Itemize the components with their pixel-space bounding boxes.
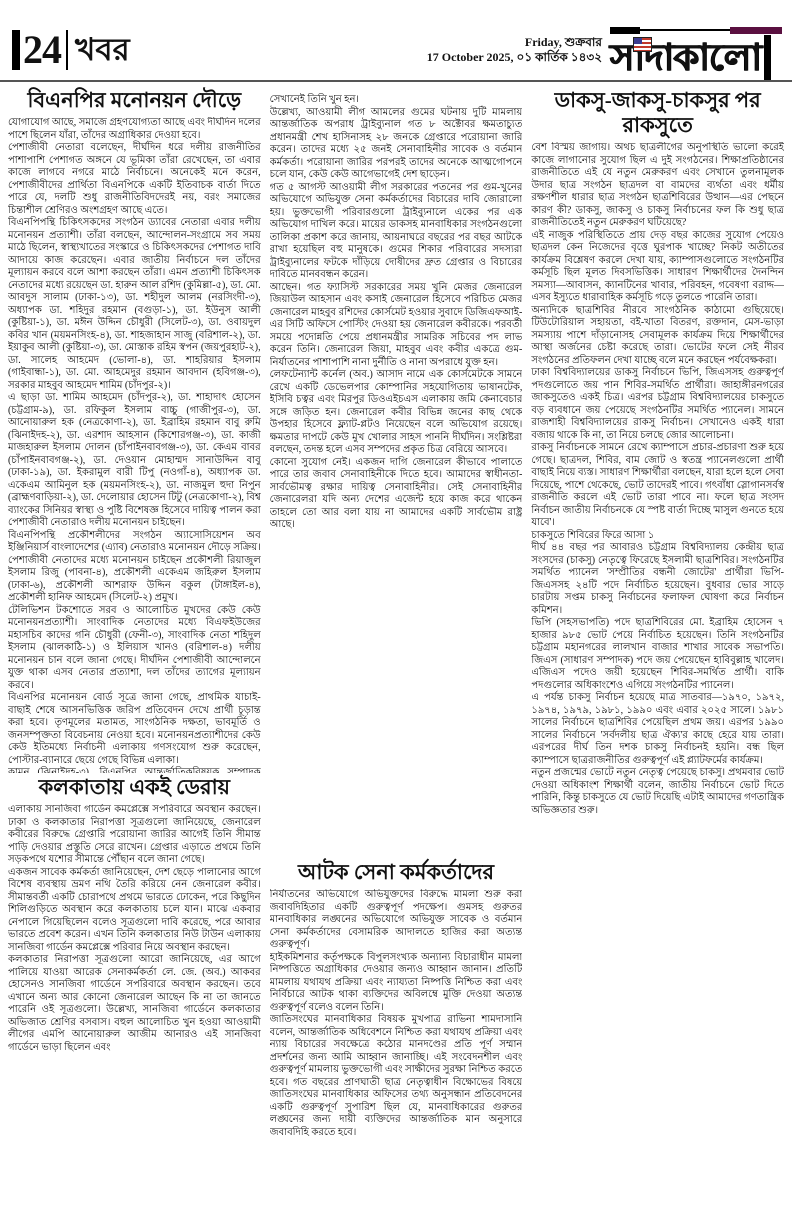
paragraph: এলাকায় সানজিবা গার্ডেন কমপ্লেক্সে সপরিব… [8, 804, 261, 867]
paragraph: বেশ বিস্ময় জাগায়। অথচ ছাত্রলীগের অনুপস… [531, 142, 784, 230]
masthead-left-chip [610, 27, 640, 34]
article-body-middle-continuation: সেখানেই তিনি খুন হন।উল্লেখ্য, আওয়ামী লী… [270, 86, 523, 858]
headline-bnp-nomination: বিএনপির মনোনয়ন দৌড়ে [8, 88, 261, 113]
date-line-1: Friday, শুক্রবার [427, 35, 602, 50]
masthead: সাদাকালো [610, 26, 782, 81]
paragraph: নতুন প্রজন্মের ভোটে নতুন নেতৃত্ব পেয়েছে… [531, 767, 784, 817]
masthead-rule [640, 29, 730, 31]
paragraph: অন্যদিকে ছাত্রশিবির নীরবে সাংগঠনিক কাঠাম… [531, 305, 784, 368]
paragraph: নির্যাতনের অভিযোগে অভিযুক্তদের বিরুদ্ধে … [270, 889, 523, 952]
paragraph: একজন সাবেক কর্মকর্তা জানিয়েছেন, দেশ ছেড… [8, 867, 261, 955]
masthead-title: সাদাকালো [610, 37, 761, 79]
article-body-kolkata-den: এলাকায় সানজিবা গার্ডেন কমপ্লেক্সে সপরিব… [8, 804, 261, 1202]
paragraph: টেলিভিশন টকশোতে সরব ও আলোচিত মুখদের কেউ … [8, 605, 261, 693]
headline-detained-officers: আটক সেনা কর্মকর্তাদের [270, 860, 523, 885]
page-number-block: 24 খবর [12, 28, 130, 72]
paragraph: হাইকমিশনার কর্তৃপক্ষকে বিপুলসংখ্যক অন্যা… [270, 952, 523, 1015]
paragraph: বিএনপিপন্থি চিকিৎসকদের সংগঠন ড্যাবের নেত… [8, 217, 261, 392]
paragraph: পেশাজীবী নেতারা বলেছেন, দীর্ঘদিন ধরে দলী… [8, 142, 261, 217]
paragraph: আছেন। গত ফ্যাসিস্ট সরকারের সময় খুনি মেজ… [270, 282, 523, 370]
masthead-topline [610, 26, 782, 34]
paragraph: কামন (ঝিনাইদহ-৩), বিএনপির আন্তর্জাতিকবিষ… [8, 767, 261, 773]
paragraph: উল্লেখ্য, আওয়ামী লীগ আমলের গুমের ঘটনায়… [270, 107, 523, 182]
column-middle: সেখানেই তিনি খুন হন।উল্লেখ্য, আওয়ামী লী… [270, 86, 523, 1208]
column-right: ডাকসু-জাকসু-চাকসুর পর রাকসুতে বেশ বিস্ময… [531, 86, 784, 1208]
article-columns: বিএনপির মনোনয়ন দৌড়ে যোগাযোগ আছে, সমাজে… [8, 86, 784, 1208]
paragraph: গত ৫ আগস্ট আওয়ামী লীগ সরকারের পতনের পর … [270, 182, 523, 282]
paragraph: জাতিসংঘের মানবাধিকার বিষয়ক মুখপাত্র রাভ… [270, 1014, 523, 1139]
paragraph: এই নাজুক পরিস্থিতিতে প্রায় দেড় বছর কাজ… [531, 230, 784, 305]
paragraph: দীর্ঘ ৪৪ বছর পর আবারও চট্টগ্রাম বিশ্ববিদ… [531, 542, 784, 617]
paragraph: কলকাতার নিরাপত্তা সূত্রগুলো আরো জানিয়েছ… [8, 954, 261, 1054]
paragraph: যোগাযোগ আছে, সমাজে গ্রহণযোগ্যতা আছে এবং … [8, 117, 261, 142]
section-label: খবর [75, 32, 130, 68]
article-body-bnp-nomination: যোগাযোগ আছে, সমাজে গ্রহণযোগ্যতা আছে এবং … [8, 117, 261, 773]
paragraph: সেখানেই তিনি খুন হন। [270, 94, 523, 107]
paragraph: এ পর্যন্ত চাকসু নির্বাচন হয়েছে মাত্র সা… [531, 692, 784, 767]
paragraph: ভিপি (সহসভাপতি) পদে ছাত্রশিবিরের মো. ইব্… [531, 617, 784, 692]
header-divider [0, 80, 792, 82]
newspaper-page: 24 খবর Friday, শুক্রবার 17 October 2025,… [0, 0, 792, 1224]
paragraph: রাকসু নির্বাচনকে সামনে রেখে ক্যাম্পাসে প… [531, 442, 784, 530]
header-right: Friday, শুক্রবার 17 October 2025, ০১ কার… [427, 26, 782, 81]
masthead-wordmark: সাদাকালো [610, 35, 782, 81]
flag-icon [634, 38, 651, 51]
masthead-end-bar [764, 35, 771, 81]
page-number: 24 [20, 30, 65, 70]
paragraph: চাকসুতে শিবিরের ফিরে আসা ১ [531, 530, 784, 543]
paragraph: কোনো সুযোগ নেই। একজন দাগি জেনারেল কীভাবে… [270, 457, 523, 532]
paragraph: এ ছাড়া ডা. শামিম আহমেদ (চাঁদপুর-২), ডা.… [8, 392, 261, 530]
page-header: 24 খবর Friday, শুক্রবার 17 October 2025,… [12, 26, 782, 78]
corner-divider [66, 30, 68, 70]
masthead-right-chip [730, 27, 782, 34]
paragraph: ঢাকা বিশ্ববিদ্যালয়ের ডাকসু নির্বাচনে ভি… [531, 367, 784, 442]
article-body-rucsu: বেশ বিস্ময় জাগায়। অথচ ছাত্রলীগের অনুপস… [531, 142, 784, 1208]
article-body-detained-officers: নির্যাতনের অভিযোগে অভিযুক্তদের বিরুদ্ধে … [270, 889, 523, 1201]
paragraph: বিএনপিপন্থি প্রকৌশলীদের সংগঠন অ্যাসোসিয়… [8, 530, 261, 605]
corner-bar [12, 30, 20, 70]
column-left: বিএনপির মনোনয়ন দৌড়ে যোগাযোগ আছে, সমাজে… [8, 86, 261, 1208]
headline-kolkata-den: কলকাতায় একই ডেরায় [8, 775, 261, 800]
date-line-2: 17 October 2025, ০১ কার্তিক ১৪৩২ [427, 50, 602, 65]
date-block: Friday, শুক্রবার 17 October 2025, ০১ কার… [427, 26, 602, 65]
paragraph: লেফটেন্যান্ট কর্নেল (অব.) আসাদ নামে এক ক… [270, 369, 523, 457]
paragraph: বিএনপির মনোনয়ন বোর্ড সূত্রে জানা গেছে, … [8, 692, 261, 767]
headline-rucsu: ডাকসু-জাকসু-চাকসুর পর রাকসুতে [531, 88, 784, 138]
